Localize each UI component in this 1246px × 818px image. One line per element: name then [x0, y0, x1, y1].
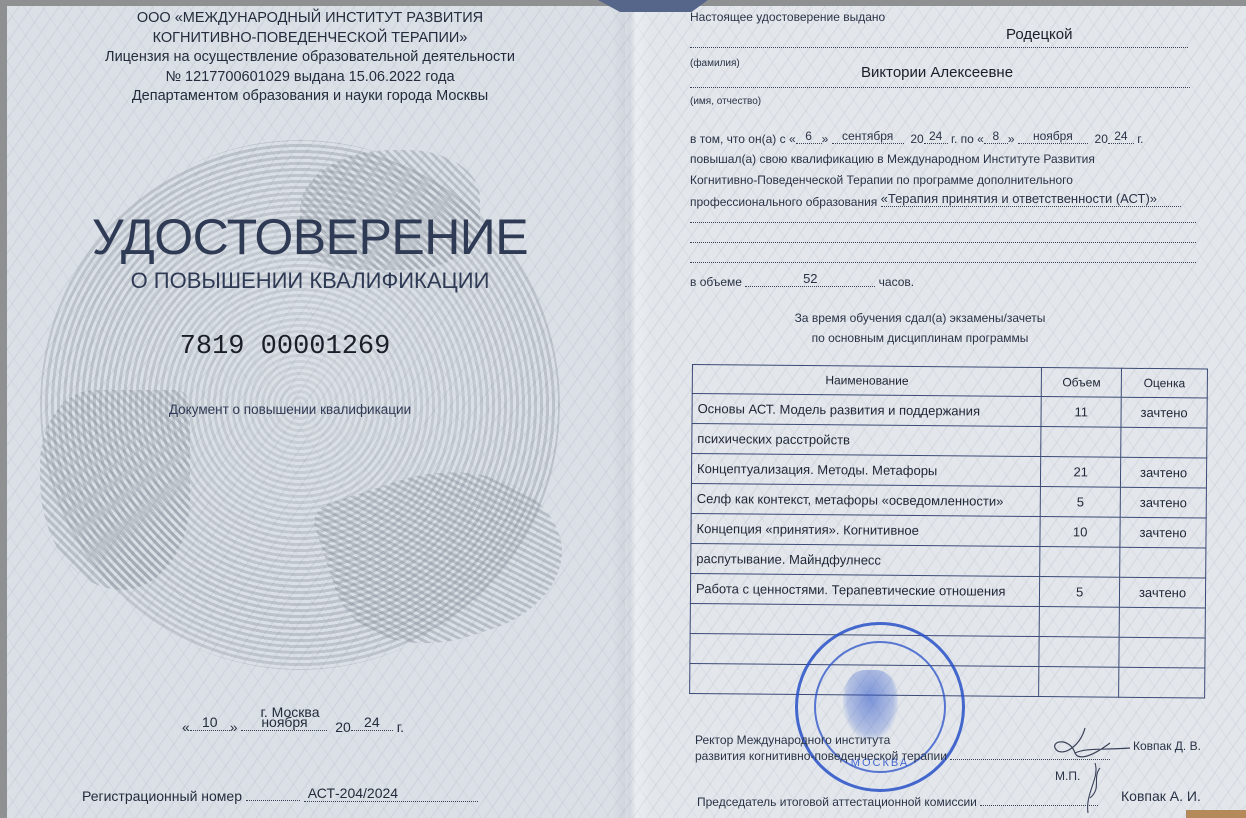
recipient-surname: Родецкой [1006, 26, 1073, 43]
surname-caption: (фамилия) [690, 58, 740, 69]
period-mid: г. по [951, 132, 974, 146]
document-type: Документ о повышении квалификации [40, 402, 540, 417]
official-stamp: ОБЩЕСТВО С ОГРАНИЧЕННОЙ ОТВЕТСТВЕННОСТЬЮ… [795, 622, 965, 792]
discipline-grade [1119, 607, 1205, 638]
discipline-hours: 5 [1040, 487, 1120, 518]
issuer-name-line-2: КОГНИТИВНО-ПОВЕДЕНЧЕСКОЙ ТЕРАПИИ» [40, 29, 580, 49]
issue-year: 24 [351, 714, 393, 731]
program-name: «Терапия принятия и ответственности (АСТ… [881, 191, 1181, 207]
quote-open: « [182, 719, 190, 735]
period-from-day: 6 [796, 129, 822, 144]
name-line [690, 87, 1190, 88]
license-line-2: № 1217700601029 выдана 15.06.2022 года [40, 68, 580, 88]
discipline-name: Селф как контекст, метафоры «осведомленн… [691, 483, 1040, 516]
discipline-hours: 11 [1041, 397, 1121, 428]
rector-signature-icon [1030, 718, 1140, 818]
hours-unit: часов. [879, 275, 914, 289]
discipline-hours [1041, 427, 1121, 458]
quote-close: » [230, 719, 238, 735]
table-row: распутывание. Майндфулнесс [691, 543, 1206, 577]
quote-open: « [977, 132, 984, 146]
discipline-grade [1119, 667, 1205, 698]
period-to-year-prefix: 20 [1095, 132, 1108, 146]
discipline-grade: зачтено [1120, 487, 1206, 518]
table-row: Работа с ценностями. Терапевтические отн… [690, 573, 1205, 607]
body-line-2: Когнитивно-Поведенческой Терапии по прог… [690, 173, 1073, 187]
discipline-hours [1039, 667, 1119, 698]
stamp-portrait-icon [843, 670, 898, 740]
issue-day: 10 [190, 714, 230, 731]
program-label: профессионального образования [690, 195, 877, 209]
hours-label: в объеме [690, 275, 742, 289]
discipline-hours: 10 [1040, 517, 1120, 548]
discipline-grade: зачтено [1121, 457, 1207, 488]
hours-line: в объеме 52 часов. [690, 274, 914, 290]
serial-number: 7819 00001269 [40, 332, 530, 362]
rector-name: Ковпак Д. В. [1133, 739, 1201, 753]
table-row [690, 603, 1205, 637]
discipline-name: Работа с ценностями. Терапевтические отн… [690, 573, 1039, 606]
discipline-name: Концептуализация. Методы. Метафоры [691, 454, 1040, 487]
issue-year-unit: г. [397, 719, 404, 735]
discipline-hours [1039, 607, 1119, 638]
period-from-year: 24 [924, 129, 948, 144]
program-line: профессионального образования «Терапия п… [690, 194, 1181, 210]
issue-month: ноября [241, 714, 327, 731]
table-header-row: Наименование Объем Оценка [692, 365, 1207, 398]
quote-close: » [1008, 132, 1015, 146]
license-line-3: Департаментом образования и науки города… [40, 87, 580, 107]
quote-open: « [789, 132, 796, 146]
rector-title-line-1: Ректор Международного института [695, 733, 890, 747]
certificate-title: УДОСТОВЕРЕНИЕ [40, 208, 580, 266]
discipline-grade [1120, 547, 1206, 578]
discipline-grade: зачтено [1121, 397, 1207, 428]
table-row: психических расстройств [692, 424, 1207, 458]
registration-label: Регистрационный номер [82, 788, 242, 804]
recipient-name: Виктории Алексеевне [861, 64, 1013, 81]
period-from-month: сентября [832, 129, 904, 144]
page-fold [612, 6, 652, 818]
discipline-name: психических расстройств [692, 424, 1041, 457]
chair-title: Председатель итоговой аттестационной ком… [697, 795, 977, 809]
discipline-name: Концепция «принятия». Когнитивное [691, 513, 1040, 546]
discipline-name: Основы АСТ. Модель развития и поддержани… [692, 394, 1041, 427]
exams-heading-2: по основным дисциплинам программы [690, 331, 1150, 345]
discipline-grade [1121, 427, 1207, 458]
discipline-grade [1119, 637, 1205, 668]
period-from-year-prefix: 20 [910, 132, 923, 146]
header-hours: Объем [1041, 368, 1121, 398]
discipline-grade: зачтено [1119, 577, 1205, 608]
disciplines-table: Наименование Объем Оценка Основы АСТ. Мо… [689, 364, 1208, 698]
blank-line [690, 222, 1196, 223]
quote-close: » [822, 132, 829, 146]
table-row: Основы АСТ. Модель развития и поддержани… [692, 394, 1207, 428]
discipline-hours [1040, 547, 1120, 578]
header-name: Наименование [692, 365, 1041, 397]
period-suffix: г. [1137, 132, 1143, 146]
table-row: Концепция «принятия». Когнитивное10зачте… [691, 513, 1206, 547]
discipline-grade: зачтено [1120, 517, 1206, 548]
rector-title-text: развития когнитивно-поведенческой терапи… [695, 749, 947, 763]
discipline-hours [1039, 637, 1119, 668]
name-caption: (имя, отчество) [690, 96, 761, 107]
registration-filler [246, 800, 300, 801]
surname-line [690, 47, 1188, 48]
blank-line [690, 242, 1196, 243]
exams-heading-1: За время обучения сдал(а) экзамены/зачет… [690, 311, 1150, 325]
license-line-1: Лицензия на осуществление образовательно… [40, 48, 580, 68]
period-to-day: 8 [984, 129, 1008, 144]
period-prefix: в том, что он(а) с [690, 132, 786, 146]
discipline-name: распутывание. Майндфулнесс [691, 543, 1040, 576]
discipline-hours: 21 [1041, 457, 1121, 488]
issued-to-label: Настоящее удостоверение выдано [690, 10, 885, 24]
issue-date: «10» ноября 2024 г. [182, 719, 404, 736]
registration-value: АСТ-204/2024 [304, 785, 478, 802]
table-row: Концептуализация. Методы. Метафоры21зачт… [691, 454, 1206, 488]
discipline-hours: 5 [1040, 577, 1120, 608]
registration-number: Регистрационный номер АСТ-204/2024 [82, 788, 478, 805]
body-line-1: повышал(а) свою квалификацию в Междунаро… [690, 152, 1095, 166]
period-to-year: 24 [1108, 129, 1134, 144]
blank-line [690, 262, 1196, 263]
certificate-subtitle: О ПОВЫШЕНИИ КВАЛИФИКАЦИИ [40, 268, 580, 294]
header-grade: Оценка [1121, 368, 1207, 398]
issue-year-prefix: 20 [335, 719, 351, 735]
study-period: в том, что он(а) с «6» сентября 2024 г. … [690, 132, 1143, 147]
hours-value: 52 [745, 271, 875, 287]
issuer-block: ООО «МЕЖДУНАРОДНЫЙ ИНСТИТУТ РАЗВИТИЯ КОГ… [40, 9, 580, 107]
issuer-name-line-1: ООО «МЕЖДУНАРОДНЫЙ ИНСТИТУТ РАЗВИТИЯ [40, 9, 580, 29]
table-surface-edge [1186, 810, 1246, 818]
table-row: Селф как контекст, метафоры «осведомленн… [691, 483, 1206, 517]
period-to-month: ноября [1018, 129, 1088, 144]
